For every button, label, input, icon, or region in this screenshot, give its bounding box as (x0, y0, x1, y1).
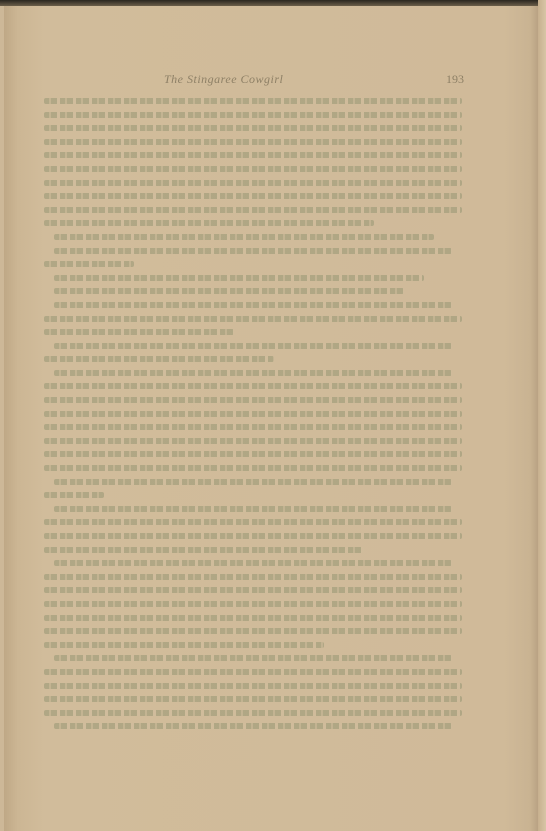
text-line-ink (44, 397, 462, 403)
text-line-ink (44, 669, 462, 675)
text-line (44, 379, 462, 393)
text-line-ink (44, 139, 462, 145)
text-line (44, 94, 462, 108)
text-line-ink (44, 683, 462, 689)
text-line-ink (44, 125, 462, 131)
text-line (44, 407, 462, 421)
text-line-ink (44, 193, 462, 199)
text-line-ink (54, 234, 434, 240)
text-line (44, 665, 462, 679)
text-line-ink (54, 560, 452, 566)
running-header: The Stingaree Cowgirl 193 (44, 72, 464, 88)
text-line (44, 135, 462, 149)
text-line (44, 216, 462, 230)
text-line (44, 556, 462, 570)
text-line-ink (44, 519, 462, 525)
text-line-ink (54, 288, 404, 294)
text-line (44, 257, 462, 271)
text-line-ink (44, 587, 462, 593)
text-line-ink (54, 506, 452, 512)
book-page: The Stingaree Cowgirl 193 (4, 6, 538, 831)
text-line-ink (44, 696, 462, 702)
text-line-ink (44, 356, 274, 362)
text-line (44, 298, 462, 312)
text-line (44, 312, 462, 326)
text-line (44, 502, 462, 516)
text-line (44, 543, 462, 557)
text-line-ink (44, 465, 462, 471)
text-line (44, 420, 462, 434)
text-line-ink (54, 302, 452, 308)
text-line-ink (44, 492, 104, 498)
text-line-ink (44, 547, 364, 553)
text-line (44, 325, 462, 339)
header-title: The Stingaree Cowgirl (164, 72, 283, 87)
text-line (44, 434, 462, 448)
text-line-ink (44, 98, 462, 104)
page-edge (538, 0, 546, 831)
text-line (44, 108, 462, 122)
text-line-ink (44, 152, 462, 158)
text-line-ink (54, 275, 424, 281)
text-line-ink (44, 261, 134, 267)
text-line-ink (44, 574, 462, 580)
text-line (44, 706, 462, 720)
text-line-ink (44, 710, 462, 716)
page-number: 193 (446, 72, 464, 87)
text-line-ink (44, 451, 462, 457)
text-line (44, 611, 462, 625)
text-line (44, 162, 462, 176)
text-line-ink (54, 655, 452, 661)
text-line-ink (44, 220, 374, 226)
text-line-ink (44, 628, 462, 634)
text-line-ink (44, 166, 462, 172)
text-line (44, 271, 462, 285)
text-line-ink (54, 479, 452, 485)
text-line (44, 366, 462, 380)
text-line (44, 339, 462, 353)
text-line (44, 583, 462, 597)
text-line (44, 679, 462, 693)
text-line (44, 148, 462, 162)
text-line-ink (44, 383, 462, 389)
text-line-ink (54, 343, 452, 349)
text-line (44, 597, 462, 611)
text-line-ink (44, 438, 462, 444)
text-line (44, 638, 462, 652)
text-line (44, 488, 462, 502)
text-line (44, 461, 462, 475)
text-line-ink (54, 723, 452, 729)
text-line-ink (54, 248, 452, 254)
text-line-ink (44, 424, 462, 430)
text-line-ink (44, 329, 234, 335)
text-line (44, 176, 462, 190)
text-line (44, 529, 462, 543)
text-line-ink (44, 207, 462, 213)
text-line (44, 447, 462, 461)
text-line (44, 284, 462, 298)
text-line-ink (44, 642, 324, 648)
text-line-ink (54, 370, 452, 376)
text-line (44, 230, 462, 244)
text-line (44, 121, 462, 135)
text-line-ink (44, 601, 462, 607)
text-line-ink (44, 615, 462, 621)
text-line (44, 203, 462, 217)
text-line (44, 651, 462, 665)
text-line (44, 352, 462, 366)
text-line-ink (44, 533, 462, 539)
text-line-ink (44, 411, 462, 417)
text-line (44, 624, 462, 638)
text-line (44, 719, 462, 733)
text-line-ink (44, 180, 462, 186)
text-line (44, 692, 462, 706)
text-line (44, 393, 462, 407)
body-text (44, 94, 462, 733)
text-line (44, 244, 462, 258)
text-line (44, 570, 462, 584)
text-line (44, 475, 462, 489)
text-line (44, 189, 462, 203)
text-line-ink (44, 316, 462, 322)
text-line (44, 515, 462, 529)
text-line-ink (44, 112, 462, 118)
